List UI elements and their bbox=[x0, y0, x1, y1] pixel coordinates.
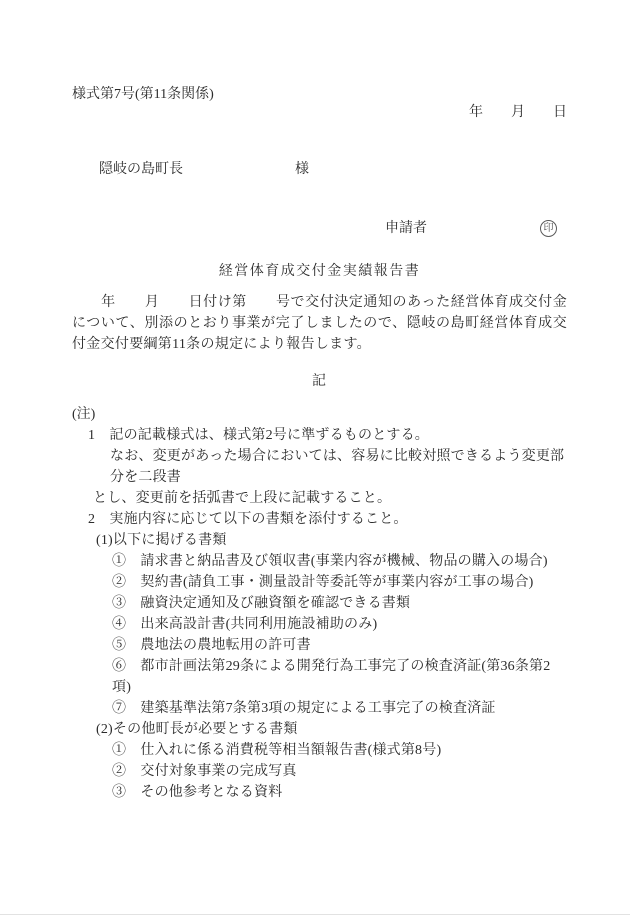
addressee-name: 隠岐の島町長 bbox=[86, 160, 295, 180]
notes-section: (注) 1 記の記載様式は、様式第2号に準ずるものとする。 なお、変更があった場… bbox=[72, 404, 567, 803]
note-line-2-1-item-1: ① 請求書と納品書及び領収書(事業内容が機械、物品の購入の場合) bbox=[72, 551, 567, 572]
note-line-2-2-item-1: ① 仕入れに係る消費税等相当額報告書(様式第8号) bbox=[72, 740, 567, 761]
note-line-2-2-item-2: ② 交付対象事業の完成写真 bbox=[72, 761, 567, 782]
addressee-row: 隠岐の島町長様 bbox=[72, 140, 567, 200]
document-title: 経営体育成交付金実績報告書 bbox=[72, 261, 567, 282]
note-line-2-2-item-3: ③ その他参考となる資料 bbox=[72, 782, 567, 803]
applicant-label: 申請者 bbox=[385, 219, 427, 239]
note-line-2-1-item-3: ③ 融資決定通知及び融資額を確認できる書類 bbox=[72, 593, 567, 614]
body-paragraph: 年 月 日付け第 号で交付決定通知のあった経営体育成交付金について、別添のとおり… bbox=[72, 292, 567, 355]
document-page: 様式第7号(第11条関係) 年 月 日 隠岐の島町長様 申請者 印 経営体育成交… bbox=[0, 0, 630, 915]
notes-heading: (注) bbox=[72, 404, 567, 425]
seal-character: 印 bbox=[544, 224, 554, 234]
note-line-2-1-item-6: ⑥ 都市計画法第29条による開発行為工事完了の検査済証(第36条第2項) bbox=[72, 656, 567, 698]
note-line-2-1: (1)以下に掲げる書類 bbox=[72, 530, 567, 551]
addressee-honorific: 様 bbox=[295, 162, 309, 177]
note-line-2-1-item-7: ⑦ 建築基準法第7条第3項の規定による工事完了の検査済証 bbox=[72, 698, 567, 719]
note-line-1-cont-b: とし、変更前を括弧書で上段に記載すること。 bbox=[72, 488, 567, 509]
note-line-2: 2 実施内容に応じて以下の書類を添付すること。 bbox=[72, 509, 567, 530]
note-line-1: 1 記の記載様式は、様式第2号に準ずるものとする。 bbox=[72, 425, 567, 446]
date-line: 年 月 日 bbox=[72, 104, 567, 122]
seal-icon: 印 bbox=[540, 220, 557, 237]
form-number: 様式第7号(第11条関係) bbox=[72, 86, 567, 104]
note-line-2-1-item-5: ⑤ 農地法の農地転用の許可書 bbox=[72, 635, 567, 656]
applicant-row: 申請者 印 bbox=[72, 219, 567, 239]
ki-heading: 記 bbox=[72, 371, 567, 392]
note-line-1-cont-a: なお、変更があった場合においては、容易に比較対照できるよう変更部分を二段書 bbox=[72, 446, 567, 488]
note-line-2-1-item-2: ② 契約書(請負工事・測量設計等委託等が事業内容が工事の場合) bbox=[72, 572, 567, 593]
note-line-2-2: (2)その他町長が必要とする書類 bbox=[72, 719, 567, 740]
note-line-2-1-item-4: ④ 出来高設計書(共同利用施設補助のみ) bbox=[72, 614, 567, 635]
